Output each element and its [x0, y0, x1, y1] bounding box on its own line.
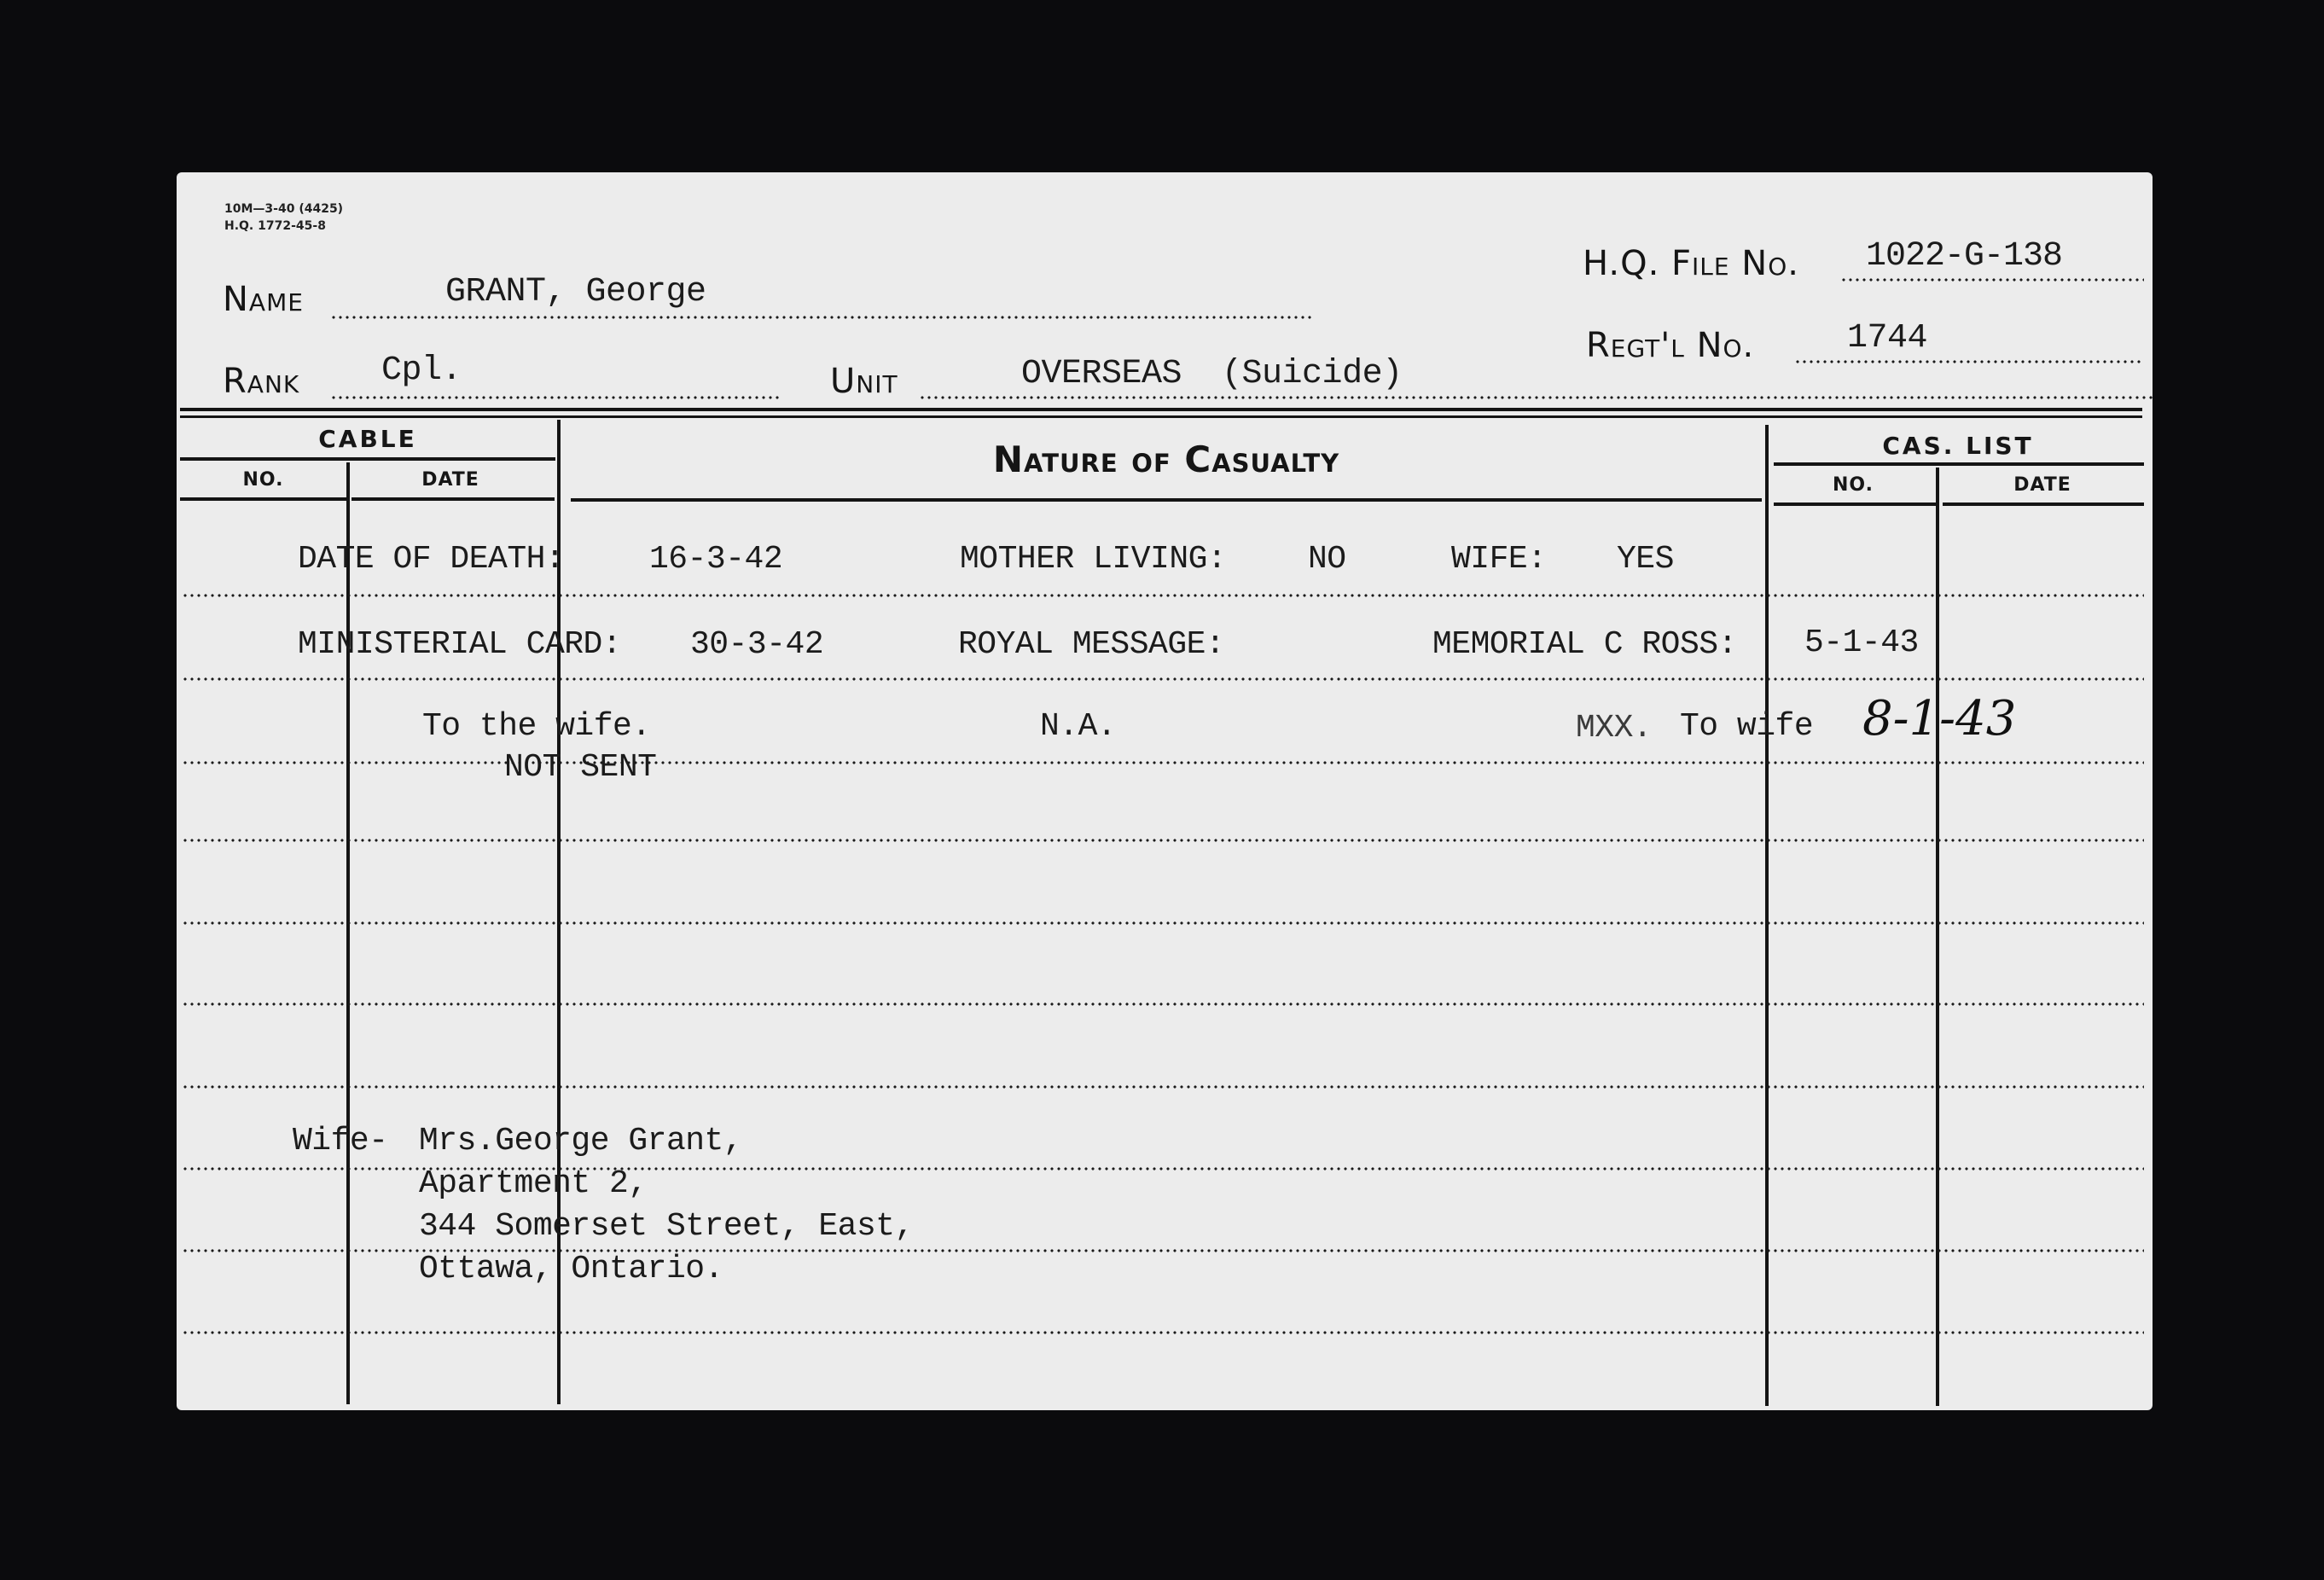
rank-dotted-line — [330, 396, 779, 399]
hq-file-no-label: H.Q. File No. — [1583, 244, 1799, 283]
unit-dotted-line — [919, 396, 2153, 399]
row-line-1 — [182, 594, 2144, 597]
cas-list-header: CAS. LIST — [1772, 432, 2144, 460]
date-of-death-value: 16-3-42 — [649, 541, 782, 578]
address-line-2: Apartment 2, — [419, 1165, 648, 1202]
caslist-no-date-divider — [1936, 468, 1939, 1406]
royal-message-label: ROYAL MESSAGE: — [958, 626, 1224, 663]
row-line-3 — [182, 761, 2144, 764]
cable-date-header: DATE — [350, 469, 551, 491]
mother-living-value: NO — [1308, 541, 1346, 578]
row-line-4 — [182, 839, 2144, 842]
memorial-cross-label: MEMORIAL C ROSS: — [1432, 626, 1737, 663]
wife-value: YES — [1617, 541, 1674, 578]
memorial-cross-note: To wife — [1680, 708, 1813, 745]
regtl-no-dotted-line — [1794, 360, 2144, 363]
rank-label: Rank — [223, 362, 299, 401]
form-code-line1: 10M—3-40 (4425) — [224, 201, 343, 217]
address-line-4: Ottawa, Ontario. — [419, 1251, 723, 1287]
rank-value: Cpl. — [381, 351, 462, 390]
ministerial-card-label: MINISTERIAL CARD: — [298, 626, 621, 663]
unit-value: OVERSEAS (Suicide) — [1021, 355, 1403, 393]
cable-no-date-divider — [346, 462, 350, 1404]
form-code-line2: H.Q. 1772-45-8 — [224, 218, 326, 234]
nature-caslist-divider — [1765, 425, 1769, 1406]
ministerial-card-value: 30-3-42 — [690, 626, 823, 663]
cable-no-header: NO. — [180, 469, 346, 491]
royal-message-value: N.A. — [1040, 708, 1116, 745]
cable-header: CABLE — [180, 425, 555, 453]
cas-list-date-rule — [1943, 502, 2144, 506]
regtl-no-label: Regt'l No. — [1586, 326, 1754, 365]
row-line-2 — [182, 677, 2144, 681]
row-line-7 — [182, 1085, 2144, 1089]
row-line-5 — [182, 921, 2144, 925]
nature-of-casualty-header: Nature of Casualty — [569, 439, 1763, 480]
date-of-death-label: DATE OF DEATH: — [298, 541, 564, 578]
cable-header-rule — [180, 457, 555, 461]
ministerial-card-note: To the wife. — [422, 708, 651, 745]
name-label: Name — [223, 280, 304, 319]
cas-list-no-header: NO. — [1772, 474, 1934, 496]
cas-list-header-rule — [1774, 462, 2144, 466]
cable-date-rule — [352, 497, 555, 501]
address-line-1: Mrs.George Grant, — [419, 1123, 742, 1159]
nature-of-casualty-rule — [571, 498, 1762, 502]
hq-file-no-value: 1022-G-138 — [1866, 237, 2062, 276]
header-rule-top — [180, 408, 2142, 411]
name-dotted-line — [330, 316, 1311, 319]
mother-living-label: MOTHER LIVING: — [960, 541, 1226, 578]
ministerial-card-status: NOT SENT — [504, 749, 656, 786]
regtl-no-value: 1744 — [1847, 319, 1927, 357]
cable-no-rule — [180, 497, 346, 501]
memorial-cross-struck-text: MXX. — [1576, 710, 1652, 746]
memorial-cross-handwritten-date: 8-1-43 — [1862, 691, 2016, 746]
hq-file-no-dotted-line — [1840, 278, 2144, 282]
memorial-cross-value: 5-1-43 — [1804, 624, 1919, 661]
address-line-3: 344 Somerset Street, East, — [419, 1208, 914, 1245]
name-value: GRANT, George — [445, 273, 706, 311]
address-prefix: Wife- — [293, 1123, 388, 1159]
cas-list-no-rule — [1774, 502, 1936, 506]
casualty-index-card: 10M—3-40 (4425) H.Q. 1772-45-8 Name GRAN… — [177, 172, 2153, 1410]
row-line-10 — [182, 1331, 2144, 1334]
header-rule-bottom — [180, 415, 2142, 418]
wife-label: WIFE: — [1451, 541, 1547, 578]
row-line-6 — [182, 1002, 2144, 1006]
cas-list-date-header: DATE — [1941, 474, 2144, 496]
unit-label: Unit — [830, 362, 898, 401]
